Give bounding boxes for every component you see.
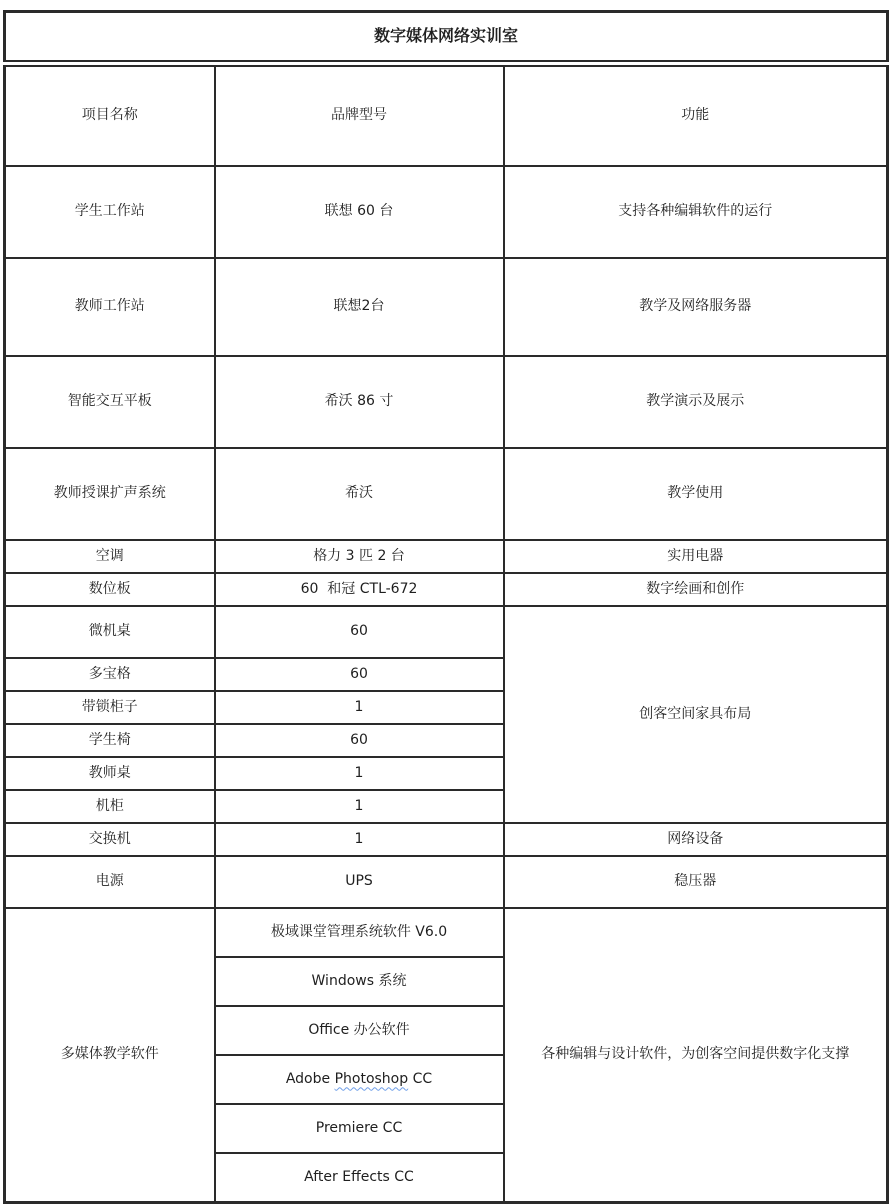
item-name-cell: 交换机	[5, 823, 215, 856]
header-function: 功能	[504, 64, 888, 167]
item-name-cell: 学生工作站	[5, 166, 215, 258]
quantity-cell: 60	[215, 606, 504, 658]
brand-cell: 联想 60 台	[215, 166, 504, 258]
function-cell: 教学及网络服务器	[504, 258, 888, 356]
item-name-cell: 教师授课扩声系统	[5, 448, 215, 540]
quantity-cell: 1	[215, 823, 504, 856]
header-brand-model: 品牌型号	[215, 64, 504, 167]
table-row: 多媒体教学软件 极域课堂管理系统软件 V6.0 各种编辑与设计软件，为创客空间提…	[5, 908, 888, 957]
item-name-cell: 空调	[5, 540, 215, 573]
equipment-table: 数字媒体网络实训室 项目名称 品牌型号 功能 学生工作站 联想 60 台 支持各…	[3, 10, 889, 1204]
quantity-cell: 1	[215, 757, 504, 790]
brand-cell: 格力 3 匹 2 台	[215, 540, 504, 573]
software-cell: Windows 系统	[215, 957, 504, 1006]
quantity-cell: 1	[215, 691, 504, 724]
table-row: 学生工作站 联想 60 台 支持各种编辑软件的运行	[5, 166, 888, 258]
quantity-cell: 60	[215, 724, 504, 757]
item-name-cell: 教师工作站	[5, 258, 215, 356]
table-row-title: 数字媒体网络实训室	[5, 12, 888, 64]
brand-cell: UPS	[215, 856, 504, 908]
merged-function-cell-furniture: 创客空间家具布局	[504, 606, 888, 823]
function-cell: 支持各种编辑软件的运行	[504, 166, 888, 258]
table-row: 交换机 1 网络设备	[5, 823, 888, 856]
function-cell: 教学演示及展示	[504, 356, 888, 448]
software-text-post: CC	[408, 1071, 432, 1087]
brand-cell: 希沃 86 寸	[215, 356, 504, 448]
software-cell: After Effects CC	[215, 1153, 504, 1203]
item-name-cell: 数位板	[5, 573, 215, 606]
item-name-cell: 智能交互平板	[5, 356, 215, 448]
table-row: 教师授课扩声系统 希沃 教学使用	[5, 448, 888, 540]
software-cell: 极域课堂管理系统软件 V6.0	[215, 908, 504, 957]
merged-function-cell-software: 各种编辑与设计软件，为创客空间提供数字化支撑	[504, 908, 888, 1203]
item-name-cell: 学生椅	[5, 724, 215, 757]
table-row: 空调 格力 3 匹 2 台 实用电器	[5, 540, 888, 573]
brand-cell: 希沃	[215, 448, 504, 540]
software-cell: Premiere CC	[215, 1104, 504, 1153]
table-row: 教师工作站 联想2台 教学及网络服务器	[5, 258, 888, 356]
table-row: 微机桌 60 创客空间家具布局	[5, 606, 888, 658]
item-name-cell: 带锁柜子	[5, 691, 215, 724]
document-page: 数字媒体网络实训室 项目名称 品牌型号 功能 学生工作站 联想 60 台 支持各…	[0, 0, 890, 1204]
merged-item-name-cell-software: 多媒体教学软件	[5, 908, 215, 1203]
quantity-cell: 1	[215, 790, 504, 823]
table-row: 电源 UPS 稳压器	[5, 856, 888, 908]
quantity-cell: 60	[215, 658, 504, 691]
spellcheck-squiggle-text: Photoshop	[335, 1071, 409, 1087]
software-text-pre: Adobe	[286, 1071, 335, 1087]
function-cell: 网络设备	[504, 823, 888, 856]
software-cell: Office 办公软件	[215, 1006, 504, 1055]
table-title: 数字媒体网络实训室	[5, 12, 888, 64]
item-name-cell: 多宝格	[5, 658, 215, 691]
item-name-cell: 电源	[5, 856, 215, 908]
table-row: 智能交互平板 希沃 86 寸 教学演示及展示	[5, 356, 888, 448]
brand-cell: 60 和冠 CTL-672	[215, 573, 504, 606]
table-row: 数位板 60 和冠 CTL-672 数字绘画和创作	[5, 573, 888, 606]
function-cell: 教学使用	[504, 448, 888, 540]
item-name-cell: 教师桌	[5, 757, 215, 790]
function-cell: 稳压器	[504, 856, 888, 908]
item-name-cell: 机柜	[5, 790, 215, 823]
function-cell: 数字绘画和创作	[504, 573, 888, 606]
software-cell-photoshop: Adobe Photoshop CC	[215, 1055, 504, 1104]
brand-cell: 联想2台	[215, 258, 504, 356]
header-project-name: 项目名称	[5, 64, 215, 167]
item-name-cell: 微机桌	[5, 606, 215, 658]
table-row-header: 项目名称 品牌型号 功能	[5, 64, 888, 167]
function-cell: 实用电器	[504, 540, 888, 573]
